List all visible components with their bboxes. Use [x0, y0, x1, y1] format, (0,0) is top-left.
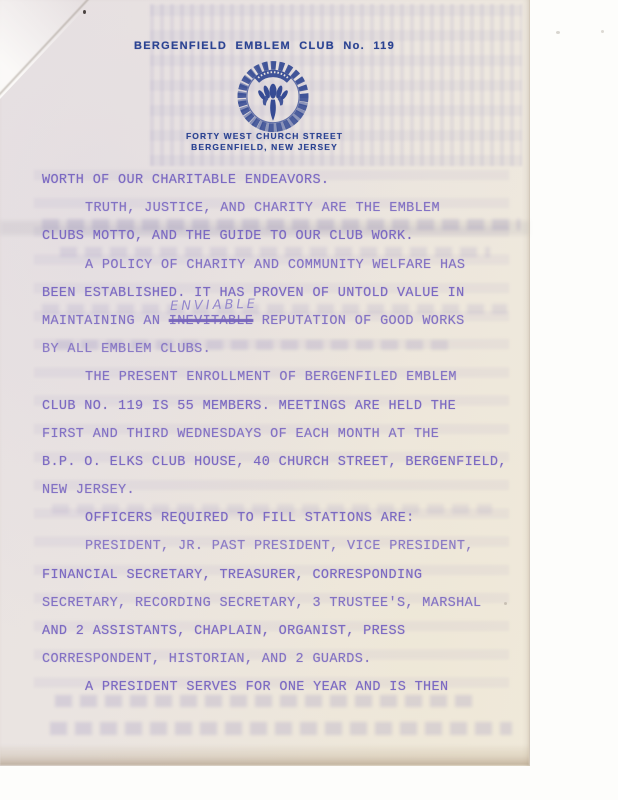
- ghost-bleedthrough-line: [50, 722, 512, 735]
- typewritten-line: FINANCIAL SECRETARY, TREASURER, CORRESPO…: [42, 562, 520, 590]
- strikethrough-word: INEVITABLE: [169, 314, 254, 329]
- typewritten-line: BY ALL EMBLEM CLUBS.: [42, 336, 520, 364]
- typewritten-line: PRESIDENT, JR. PAST PRESIDENT, VICE PRES…: [42, 533, 520, 561]
- paper-sheet: BERGENFIELD EMBLEM CLUB No. 119: [0, 0, 530, 766]
- dust-speck: [601, 30, 604, 33]
- address-line-2: BERGENFIELD, NEW JERSEY: [0, 142, 529, 152]
- typewritten-line: A PRESIDENT SERVES FOR ONE YEAR AND IS T…: [42, 674, 520, 702]
- emblem-club-seal-icon: [233, 56, 313, 134]
- typewritten-line: CLUB NO. 119 IS 55 MEMBERS. MEETINGS ARE…: [42, 393, 520, 421]
- typewritten-line: AND 2 ASSISTANTS, CHAPLAIN, ORGANIST, PR…: [42, 618, 520, 646]
- typewritten-line: SECRETARY, RECORDING SECRETARY, 3 TRUSTE…: [42, 590, 520, 618]
- typewritten-line: A POLICY OF CHARITY AND COMMUNITY WELFAR…: [42, 252, 520, 280]
- bottom-fold-shadow: [0, 744, 529, 765]
- address-line-1: FORTY WEST CHURCH STREET: [0, 131, 529, 141]
- typewritten-body: WORTH OF OUR CHARITABLE ENDEAVORS.TRUTH,…: [42, 167, 520, 703]
- typewritten-line: THE PRESENT ENROLLMENT OF BERGENFILED EM…: [42, 364, 520, 392]
- typewritten-line: B.P. O. ELKS CLUB HOUSE, 40 CHURCH STREE…: [42, 449, 520, 477]
- line-text: MAINTAINING AN: [42, 314, 169, 329]
- scanned-document: BERGENFIELD EMBLEM CLUB No. 119: [0, 0, 618, 800]
- typewritten-line: FIRST AND THIRD WEDNESDAYS OF EACH MONTH…: [42, 421, 520, 449]
- dust-speck: [556, 31, 560, 34]
- typewritten-line: CORRESPONDENT, HISTORIAN, AND 2 GUARDS.: [42, 646, 520, 674]
- typewritten-line: MAINTAINING AN INEVITABLE REPUTATION OF …: [42, 308, 520, 336]
- typewritten-line: TRUTH, JUSTICE, AND CHARITY ARE THE EMBL…: [42, 195, 520, 223]
- club-name: BERGENFIELD EMBLEM CLUB No. 119: [0, 40, 529, 52]
- typewritten-line: WORTH OF OUR CHARITABLE ENDEAVORS.: [42, 167, 520, 195]
- typewritten-line: OFFICERS REQUIRED TO FILL STATIONS ARE:: [42, 505, 520, 533]
- typewritten-line: NEW JERSEY.: [42, 477, 520, 505]
- line-text: REPUTATION OF GOOD WORKS: [253, 314, 464, 329]
- typewritten-line: CLUBS MOTTO, AND THE GUIDE TO OUR CLUB W…: [42, 223, 520, 251]
- typewritten-line: BEEN ESTABLISHED. IT HAS PROVEN OF UNTOL…: [42, 280, 520, 308]
- dust-speck: [83, 10, 86, 14]
- handwritten-correction: ENVIABLE: [170, 297, 258, 314]
